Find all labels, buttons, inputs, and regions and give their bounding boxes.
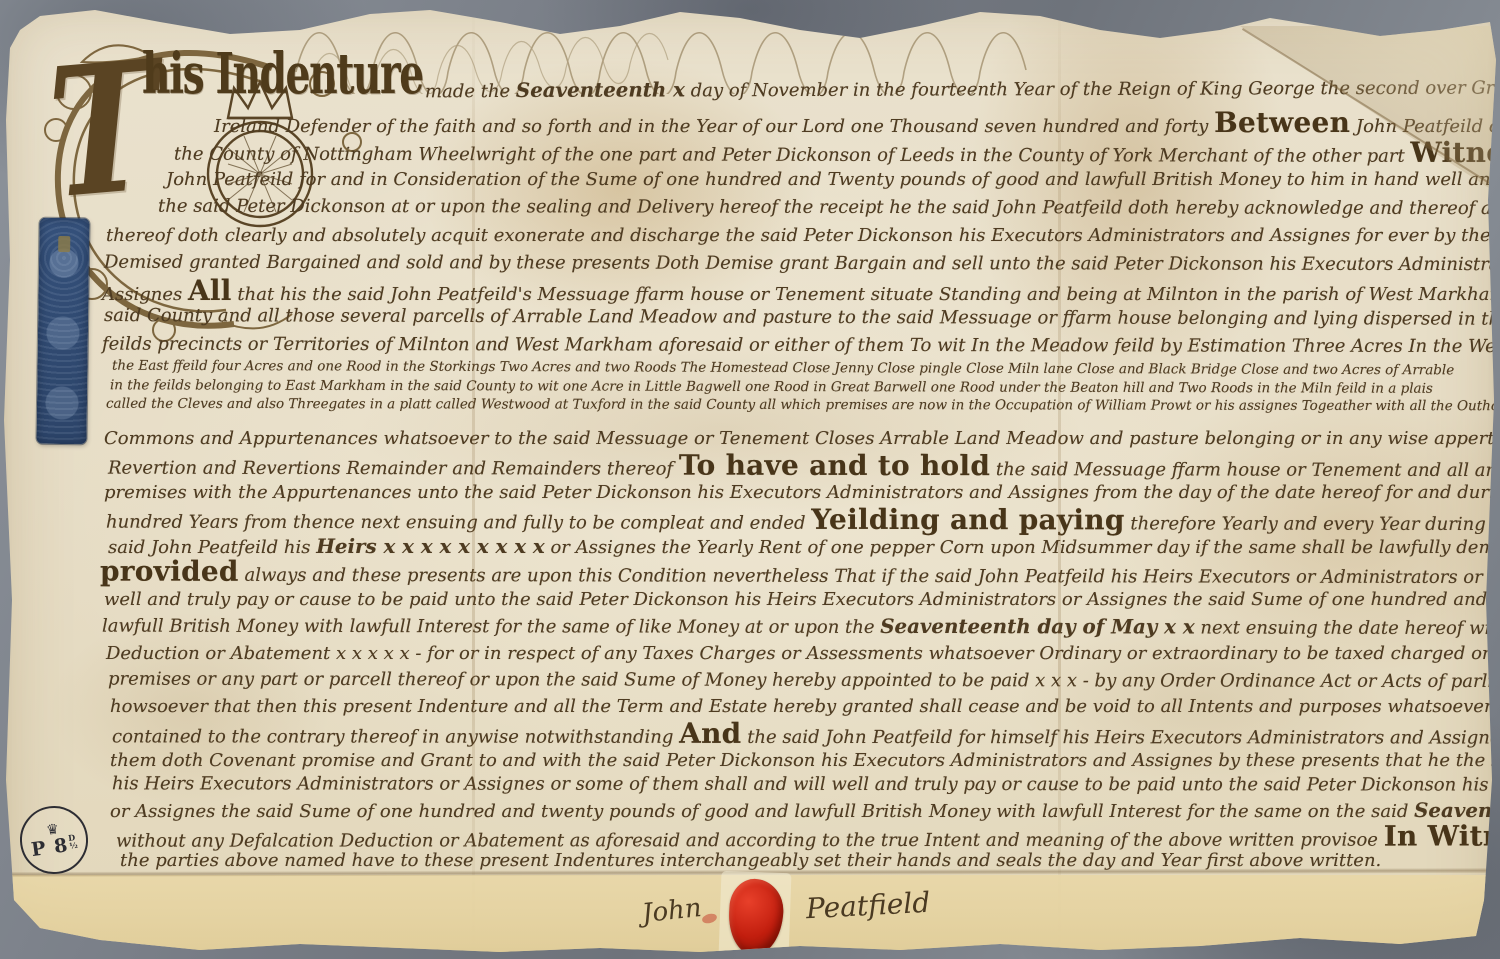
manuscript-line: said County and all those several parcel… <box>104 303 1500 332</box>
manuscript-line: John Peatfeild for and in Consideration … <box>166 167 1500 192</box>
manuscript-text-segment: Deduction or Abatement x x x x x - for o… <box>106 643 1500 664</box>
manuscript-line: howsoever that then this present Indentu… <box>110 694 1500 719</box>
manuscript-text-segment: Ireland Defender of the faith and so for… <box>214 116 1214 137</box>
vertical-fold-crease <box>1058 0 1061 959</box>
manuscript-text-segment: Revertion and Revertions Remainder and R… <box>108 458 679 480</box>
manuscript-text-segment: premises or any part or parcell thereof … <box>108 669 1500 693</box>
manuscript-line: his Heirs Executors Administrators or As… <box>112 771 1500 797</box>
duty-stamp-fraction: D ½ <box>68 833 79 850</box>
manuscript-line: lawfull British Money with lawfull Inter… <box>102 613 1500 642</box>
manuscript-text-segment: premises with the Appurtenances unto the… <box>104 482 1500 503</box>
parchment-sheet: T his Indenture made the Seaventeenth x … <box>0 0 1500 959</box>
manuscript-line: the County of Nottingham Wheelwright of … <box>174 138 1500 170</box>
manuscript-text-segment: always and these presents are upon this … <box>239 565 1500 589</box>
manuscript-text-segment: well and truly pay or cause to be paid u… <box>104 589 1500 610</box>
photograph-background: { "document": { "heading_initial": "T", … <box>0 0 1500 959</box>
manuscript-text-segment: his Heirs Executors Administrators or As… <box>112 773 1500 795</box>
manuscript-line: or Assignes the said Sume of one hundred… <box>110 798 1500 824</box>
manuscript-text-segment: provided <box>100 555 239 588</box>
manuscript-line: premises or any part or parcell thereof … <box>108 667 1500 695</box>
manuscript-text-segment: Seaventeenth x <box>516 77 685 102</box>
manuscript-line: them doth Covenant promise and Grant to … <box>110 748 1500 773</box>
manuscript-line: the said Peter Dickonson at or upon the … <box>158 194 1500 222</box>
manuscript-text-segment: Yeilding and paying <box>811 503 1124 537</box>
manuscript-text-segment: therefore Yearly and every Year during t… <box>1125 513 1500 535</box>
manuscript-text-segment: the said Peter Dickonson at or upon the … <box>158 196 1500 220</box>
signature-surname: Peatfield <box>805 889 931 923</box>
manuscript-line: Revertion and Revertions Remainder and R… <box>108 452 1500 484</box>
manuscript-text-segment: thereof doth clearly and absolutely acqu… <box>106 225 1500 246</box>
manuscript-text-segment: Between <box>1214 106 1350 139</box>
manuscript-text-segment: or Assignes the said Sume of one hundred… <box>110 801 1414 822</box>
manuscript-line: Demised granted Bargained and sold and b… <box>104 250 1500 278</box>
manuscript-text-segment: John Peatfeild for and in Consideration … <box>166 169 1500 190</box>
manuscript-text-segment: Commons and Appurtenances whatsoever to … <box>104 428 1500 449</box>
manuscript-text-segment: that his the said John Peatfeild's Messu… <box>232 284 1500 305</box>
manuscript-line: feilds precincts or Territories of Milnt… <box>102 332 1500 360</box>
manuscript-text-segment: To have and to hold <box>679 449 990 483</box>
manuscript-text-segment: feilds precincts or Territories of Milnt… <box>102 334 1500 358</box>
signature-first-name: John <box>641 895 703 927</box>
manuscript-text-segment: howsoever that then this present Indentu… <box>110 696 1500 717</box>
manuscript-line: provided always and these presents are u… <box>100 559 1500 591</box>
manuscript-text-segment: lawfull British Money with lawfull Inter… <box>102 616 880 638</box>
manuscript-line: in the feilds belonging to East Markham … <box>110 377 1433 397</box>
manuscript-text-segment: the said John Peatfeild for himself his … <box>741 727 1500 749</box>
manuscript-line: Deduction or Abatement x x x x x - for o… <box>106 641 1500 666</box>
manuscript-line: the East ffeild four Acres and one Rood … <box>112 358 1454 380</box>
manuscript-line: called the Cleves and also Threegates in… <box>106 396 1500 415</box>
manuscript-text-segment: Demised granted Bargained and sold and b… <box>104 252 1500 276</box>
manuscript-text-segment: or Assignes the Yearly Rent of one peppe… <box>545 537 1500 558</box>
manuscript-text-segment: in the feilds belonging to East Markham … <box>110 377 1433 396</box>
manuscript-line: well and truly pay or cause to be paid u… <box>104 587 1500 612</box>
manuscript-lines: made the Seaventeenth x day of November … <box>0 0 1500 959</box>
manuscript-text-segment: the East ffeild four Acres and one Rood … <box>112 358 1454 379</box>
manuscript-text-segment: contained to the contrary thereof in any… <box>112 726 679 747</box>
revenue-stamp-icon <box>36 218 89 445</box>
manuscript-text-segment: said County and all those several parcel… <box>104 305 1500 330</box>
manuscript-text-segment: the County of Nottingham Wheelwright of … <box>174 144 1410 167</box>
manuscript-text-segment: next ensuing the date hereof without any… <box>1195 617 1500 639</box>
manuscript-text-segment: Seaventeenth day of May x <box>1414 798 1500 822</box>
manuscript-text-segment: Seaventeenth day of May x x <box>880 614 1194 639</box>
manuscript-text-segment: called the Cleves and also Threegates in… <box>106 396 1500 414</box>
manuscript-line: Commons and Appurtenances whatsoever to … <box>104 426 1500 451</box>
manuscript-line: Ireland Defender of the faith and so for… <box>214 110 1500 139</box>
manuscript-text-segment: All <box>188 274 232 307</box>
manuscript-line: hundred Years from thence next ensuing a… <box>106 506 1500 538</box>
manuscript-text-segment: the said Messuage ffarm house or Tenemen… <box>990 459 1500 481</box>
manuscript-line: premises with the Appurtenances unto the… <box>104 480 1500 505</box>
manuscript-line: thereof doth clearly and absolutely acqu… <box>106 223 1500 248</box>
duty-stamp-value: P 8 D ½ <box>30 835 80 860</box>
manuscript-text-segment: And <box>679 717 741 750</box>
revenue-stamp-crest-icon <box>58 236 70 252</box>
manuscript-line: contained to the contrary thereof in any… <box>112 720 1500 750</box>
manuscript-line: said John Peatfeild his Heirs x x x x x … <box>108 534 1500 560</box>
duty-stamp-amount: P 8 <box>30 836 69 860</box>
manuscript-text-segment: Heirs x x x x x x x x x <box>316 534 544 558</box>
vertical-fold-crease <box>472 0 475 959</box>
manuscript-text-segment: In Witness <box>1384 819 1500 852</box>
manuscript-text-segment: Assignes <box>102 284 188 305</box>
manuscript-text-segment: them doth Covenant promise and Grant to … <box>110 750 1500 771</box>
manuscript-text-segment: made the <box>425 81 516 102</box>
manuscript-text-segment: hundred Years from thence next ensuing a… <box>106 512 811 534</box>
